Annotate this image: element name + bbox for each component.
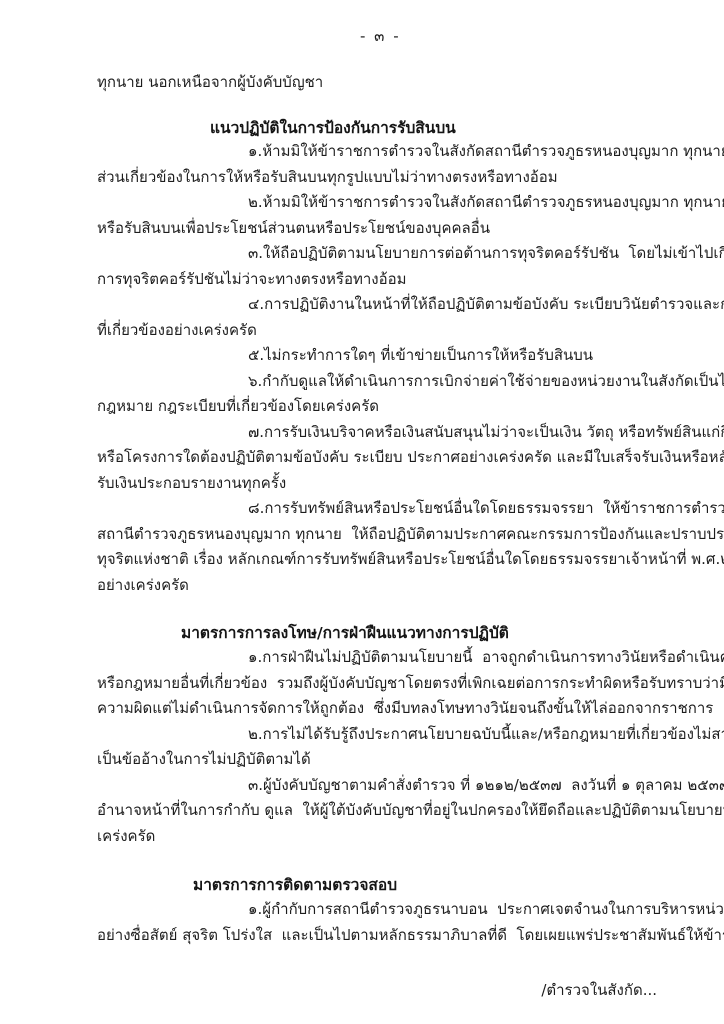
section-penalties: ๑.การฝ่าฝืนไม่ปฏิบัติตามนโยบายนี้ อาจถูก… [97,645,659,849]
paragraph-line: รับเงินประกอบรายงานทุกครั้ง [97,471,659,497]
paragraph-line: ทุจริตแห่งชาติ เรื่อง หลักเกณฑ์การรับทรั… [97,547,659,573]
section-heading-monitoring: มาตรการการติดตามตรวจสอบ [193,872,397,897]
paragraph-line: ความผิดแต่ไม่ดำเนินการจัดการให้ถูกต้อง ซ… [97,696,659,722]
page-number: - ๓ - [360,24,401,48]
paragraph-line: ๗.การรับเงินบริจาคหรือเงินสนับสนุนไม่ว่า… [97,420,659,446]
paragraph-line: หรือกฎหมายอื่นที่เกี่ยวข้อง รวมถึงผู้บัง… [97,671,659,697]
section-bribery-prevention: ๑.ห้ามมิให้ข้าราชการตำรวจในสังกัดสถานีตำ… [97,139,659,598]
paragraph-line: อย่างซื่อสัตย์ สุจริต โปร่งใส และเป็นไปต… [97,923,659,949]
paragraph-line: ๑.การฝ่าฝืนไม่ปฏิบัติตามนโยบายนี้ อาจถูก… [97,645,659,671]
paragraph-line: ที่เกี่ยวข้องอย่างเคร่งครัด [97,318,659,344]
paragraph-line: ๑.ห้ามมิให้ข้าราชการตำรวจในสังกัดสถานีตำ… [97,139,659,165]
paragraph-line: ส่วนเกี่ยวข้องในการให้หรือรับสินบนทุกรูป… [97,165,659,191]
paragraph-line: ๑.ผู้กำกับการสถานีตำรวจภูธรนาบอน ประกาศเ… [97,897,659,923]
paragraph-line: สถานีตำรวจภูธรหนองบุญมาก ทุกนาย ให้ถือปฏ… [97,522,659,548]
paragraph-line: อำนาจหน้าที่ในการกำกับ ดูแล ให้ผู้ใต้บัง… [97,798,659,824]
paragraph-line: ๒.การไม่ได้รับรู้ถึงประกาศนโยบายฉบับนี้แ… [97,722,659,748]
paragraph-line: เป็นข้ออ้างในการไม่ปฏิบัติตามได้ [97,747,659,773]
paragraph-line: เคร่งครัด [97,824,659,850]
section-monitoring: ๑.ผู้กำกับการสถานีตำรวจภูธรนาบอน ประกาศเ… [97,897,659,948]
paragraph-line: หรือรับสินบนเพื่อประโยชน์ส่วนตนหรือประโย… [97,216,659,242]
paragraph-line: ๒.ห้ามมิให้ข้าราชการตำรวจในสังกัดสถานีตำ… [97,190,659,216]
section-heading-penalties: มาตรการการลงโทษ/การฝ่าฝืนแนวทางการปฏิบัต… [181,620,509,645]
paragraph-line: ๓.ผู้บังคับบัญชาตามคำสั่งตำรวจ ที่ ๑๒๑๒/… [97,773,659,799]
section-heading-bribery-prevention: แนวปฏิบัติในการป้องกันการรับสินบน [210,115,456,140]
document-page: - ๓ - ทุกนาย นอกเหนือจากผู้บังคับบัญชา แ… [0,0,724,1024]
paragraph-line: หรือโครงการใดต้องปฏิบัติตามข้อบังคับ ระเ… [97,445,659,471]
paragraph-line: กฎหมาย กฎระเบียบที่เกี่ยวข้องโดยเคร่งครั… [97,394,659,420]
paragraph-line: ๕.ไม่กระทำการใดๆ ที่เข้าข่ายเป็นการให้หร… [97,343,659,369]
paragraph-line: ๓.ให้ถือปฏิบัติตามนโยบายการต่อต้านการทุจ… [97,241,659,267]
continuation-note: /ตำรวจในสังกัด... [97,978,657,1002]
intro-line: ทุกนาย นอกเหนือจากผู้บังคับบัญชา [97,70,323,94]
paragraph-line: การทุจริตคอร์รัปชันไม่ว่าจะทางตรงหรือทาง… [97,267,659,293]
paragraph-line: อย่างเคร่งครัด [97,573,659,599]
paragraph-line: ๘.การรับทรัพย์สินหรือประโยชน์อื่นใดโดยธร… [97,496,659,522]
paragraph-line: ๔.การปฏิบัติงานในหน้าที่ให้ถือปฏิบัติตาม… [97,292,659,318]
paragraph-line: ๖.กำกับดูแลให้ดำเนินการการเบิกจ่ายค่าใช้… [97,369,659,395]
